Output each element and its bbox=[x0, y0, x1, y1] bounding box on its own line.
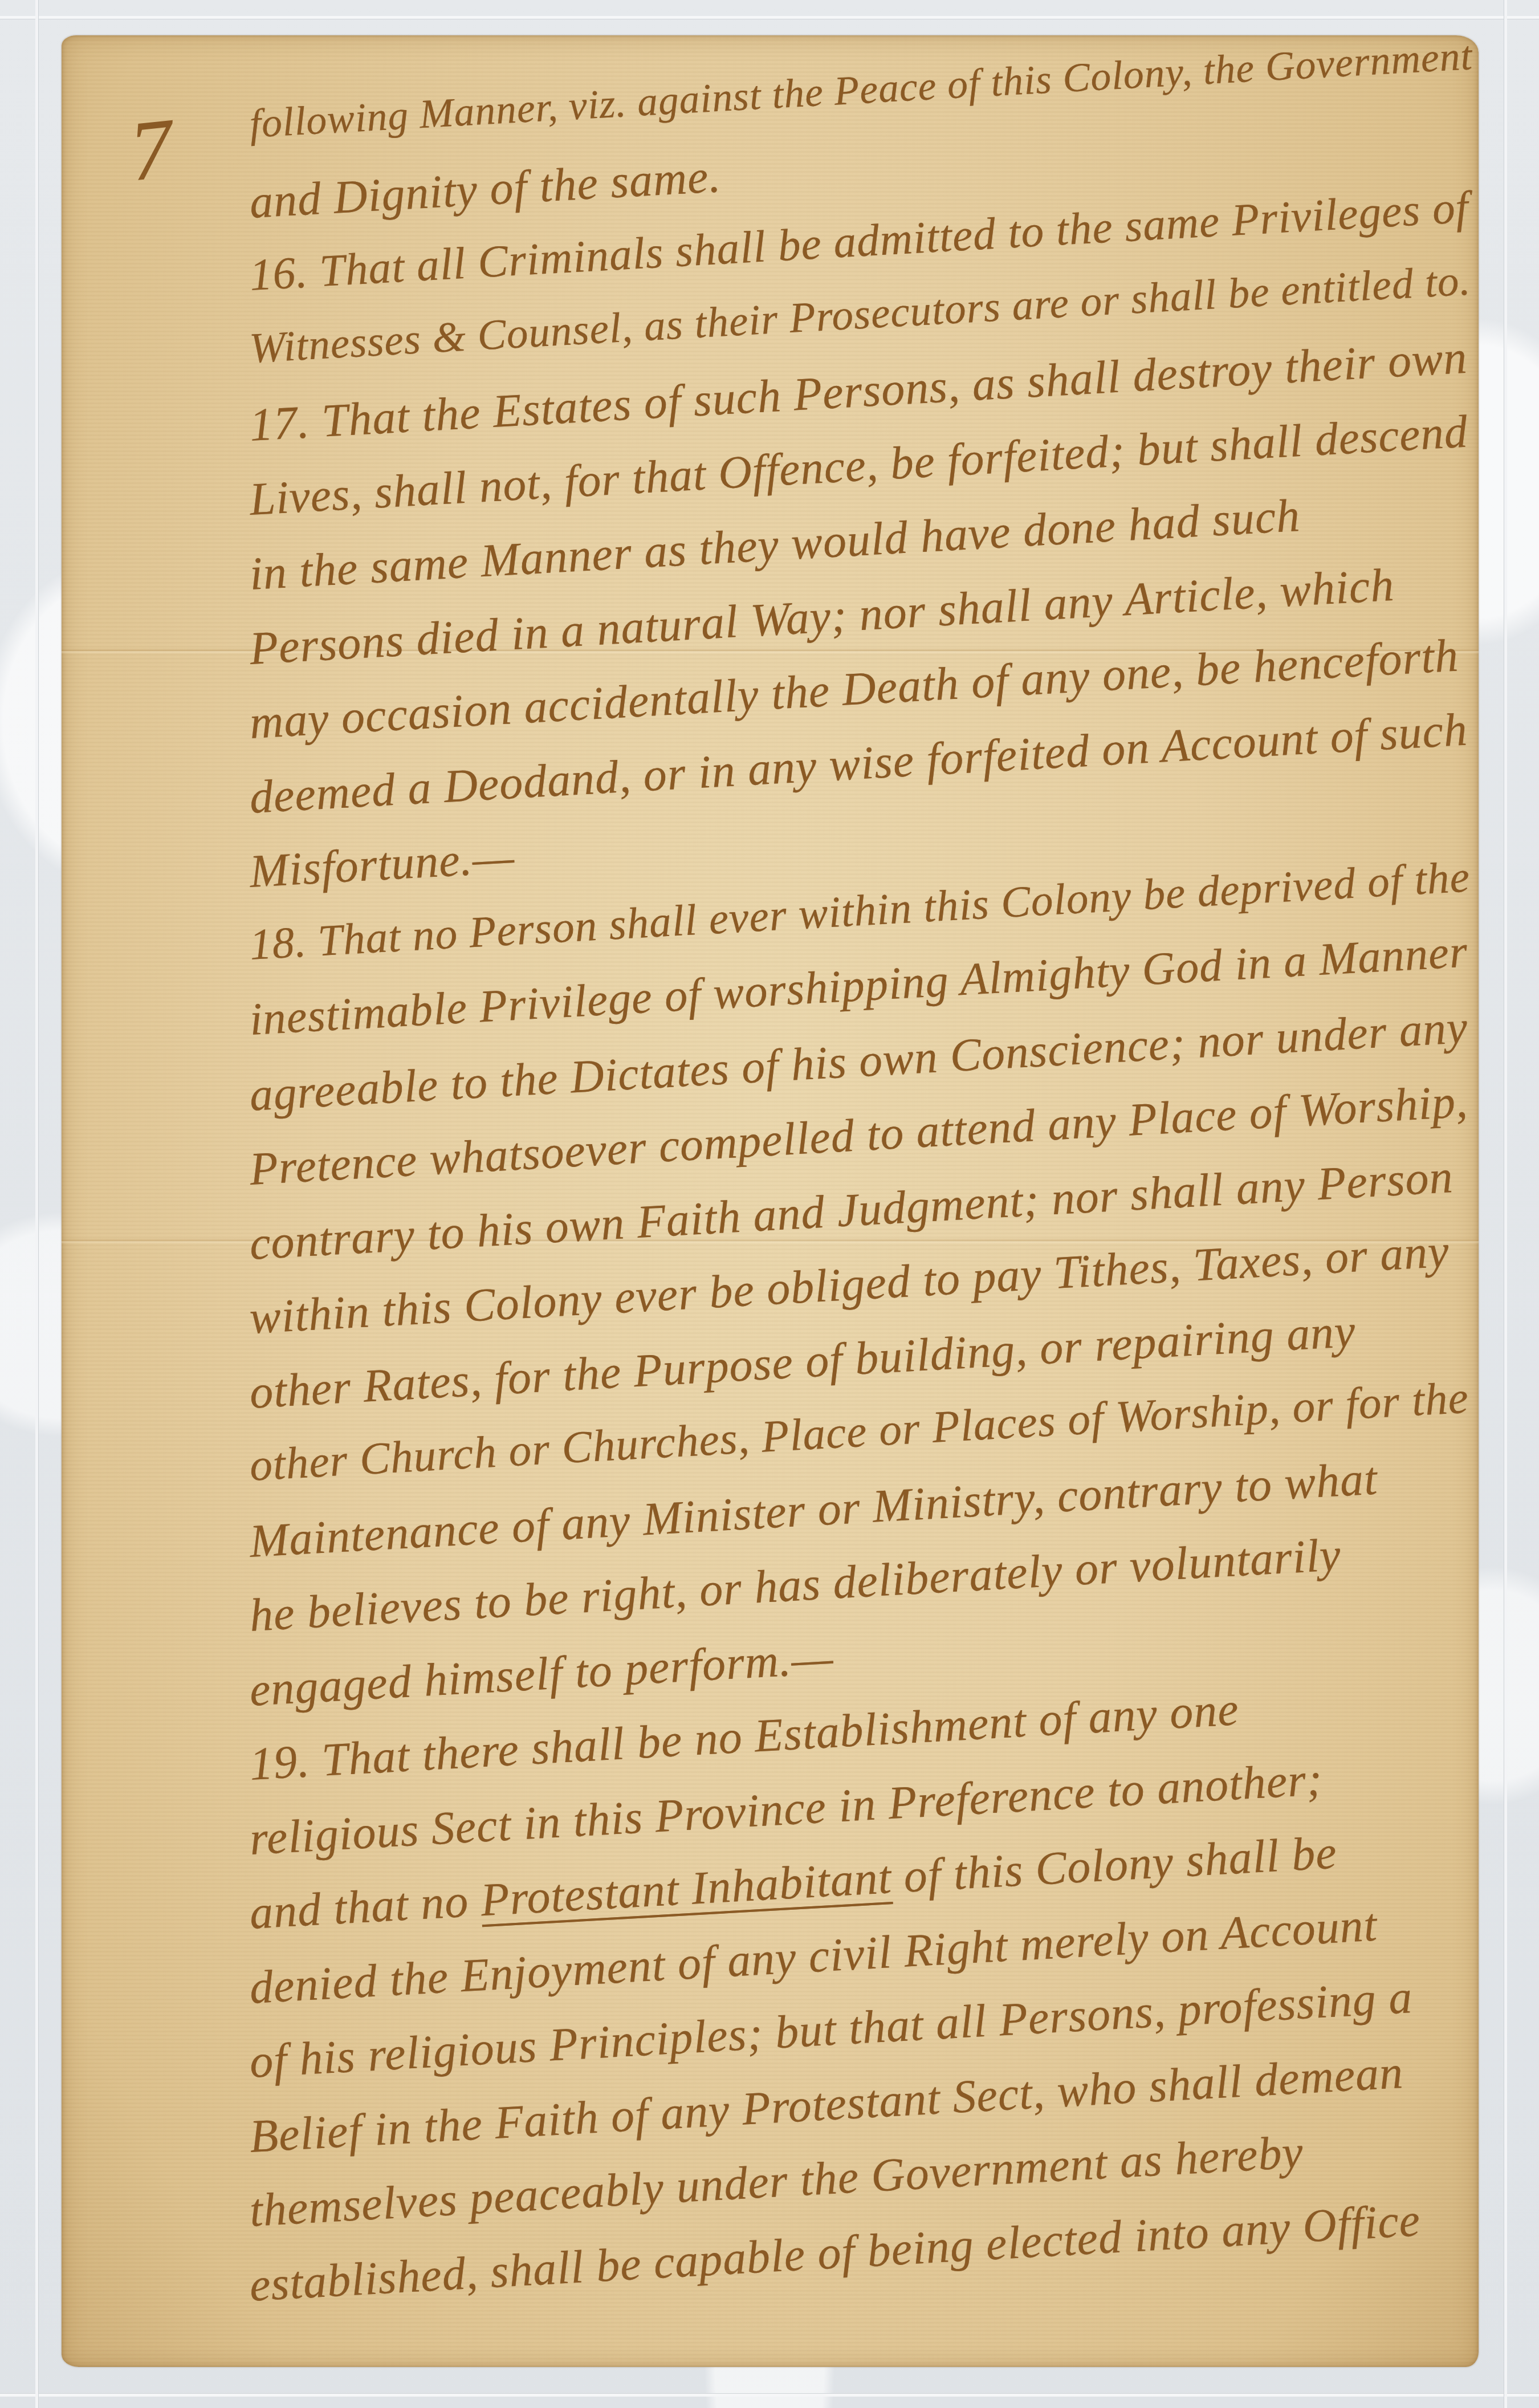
page-number: 7 bbox=[125, 99, 178, 201]
sleeve-edge-right bbox=[1504, 0, 1507, 2408]
text-line: and Dignity of the same. bbox=[248, 149, 722, 229]
text-line: following Manner, viz. against the Peace… bbox=[249, 32, 1474, 148]
text-line: engaged himself to perform.— bbox=[248, 1631, 834, 1717]
manuscript-page: 7 following Manner, viz. against the Pea… bbox=[62, 35, 1479, 2367]
sleeve-edge-left bbox=[35, 0, 39, 2408]
text-line: Misfortune.— bbox=[248, 830, 516, 898]
underlined-phrase: Protestant Inhabitant bbox=[479, 1852, 893, 1926]
sleeve-edge-bottom bbox=[0, 2393, 1539, 2397]
sleeve-edge-top bbox=[0, 16, 1539, 19]
